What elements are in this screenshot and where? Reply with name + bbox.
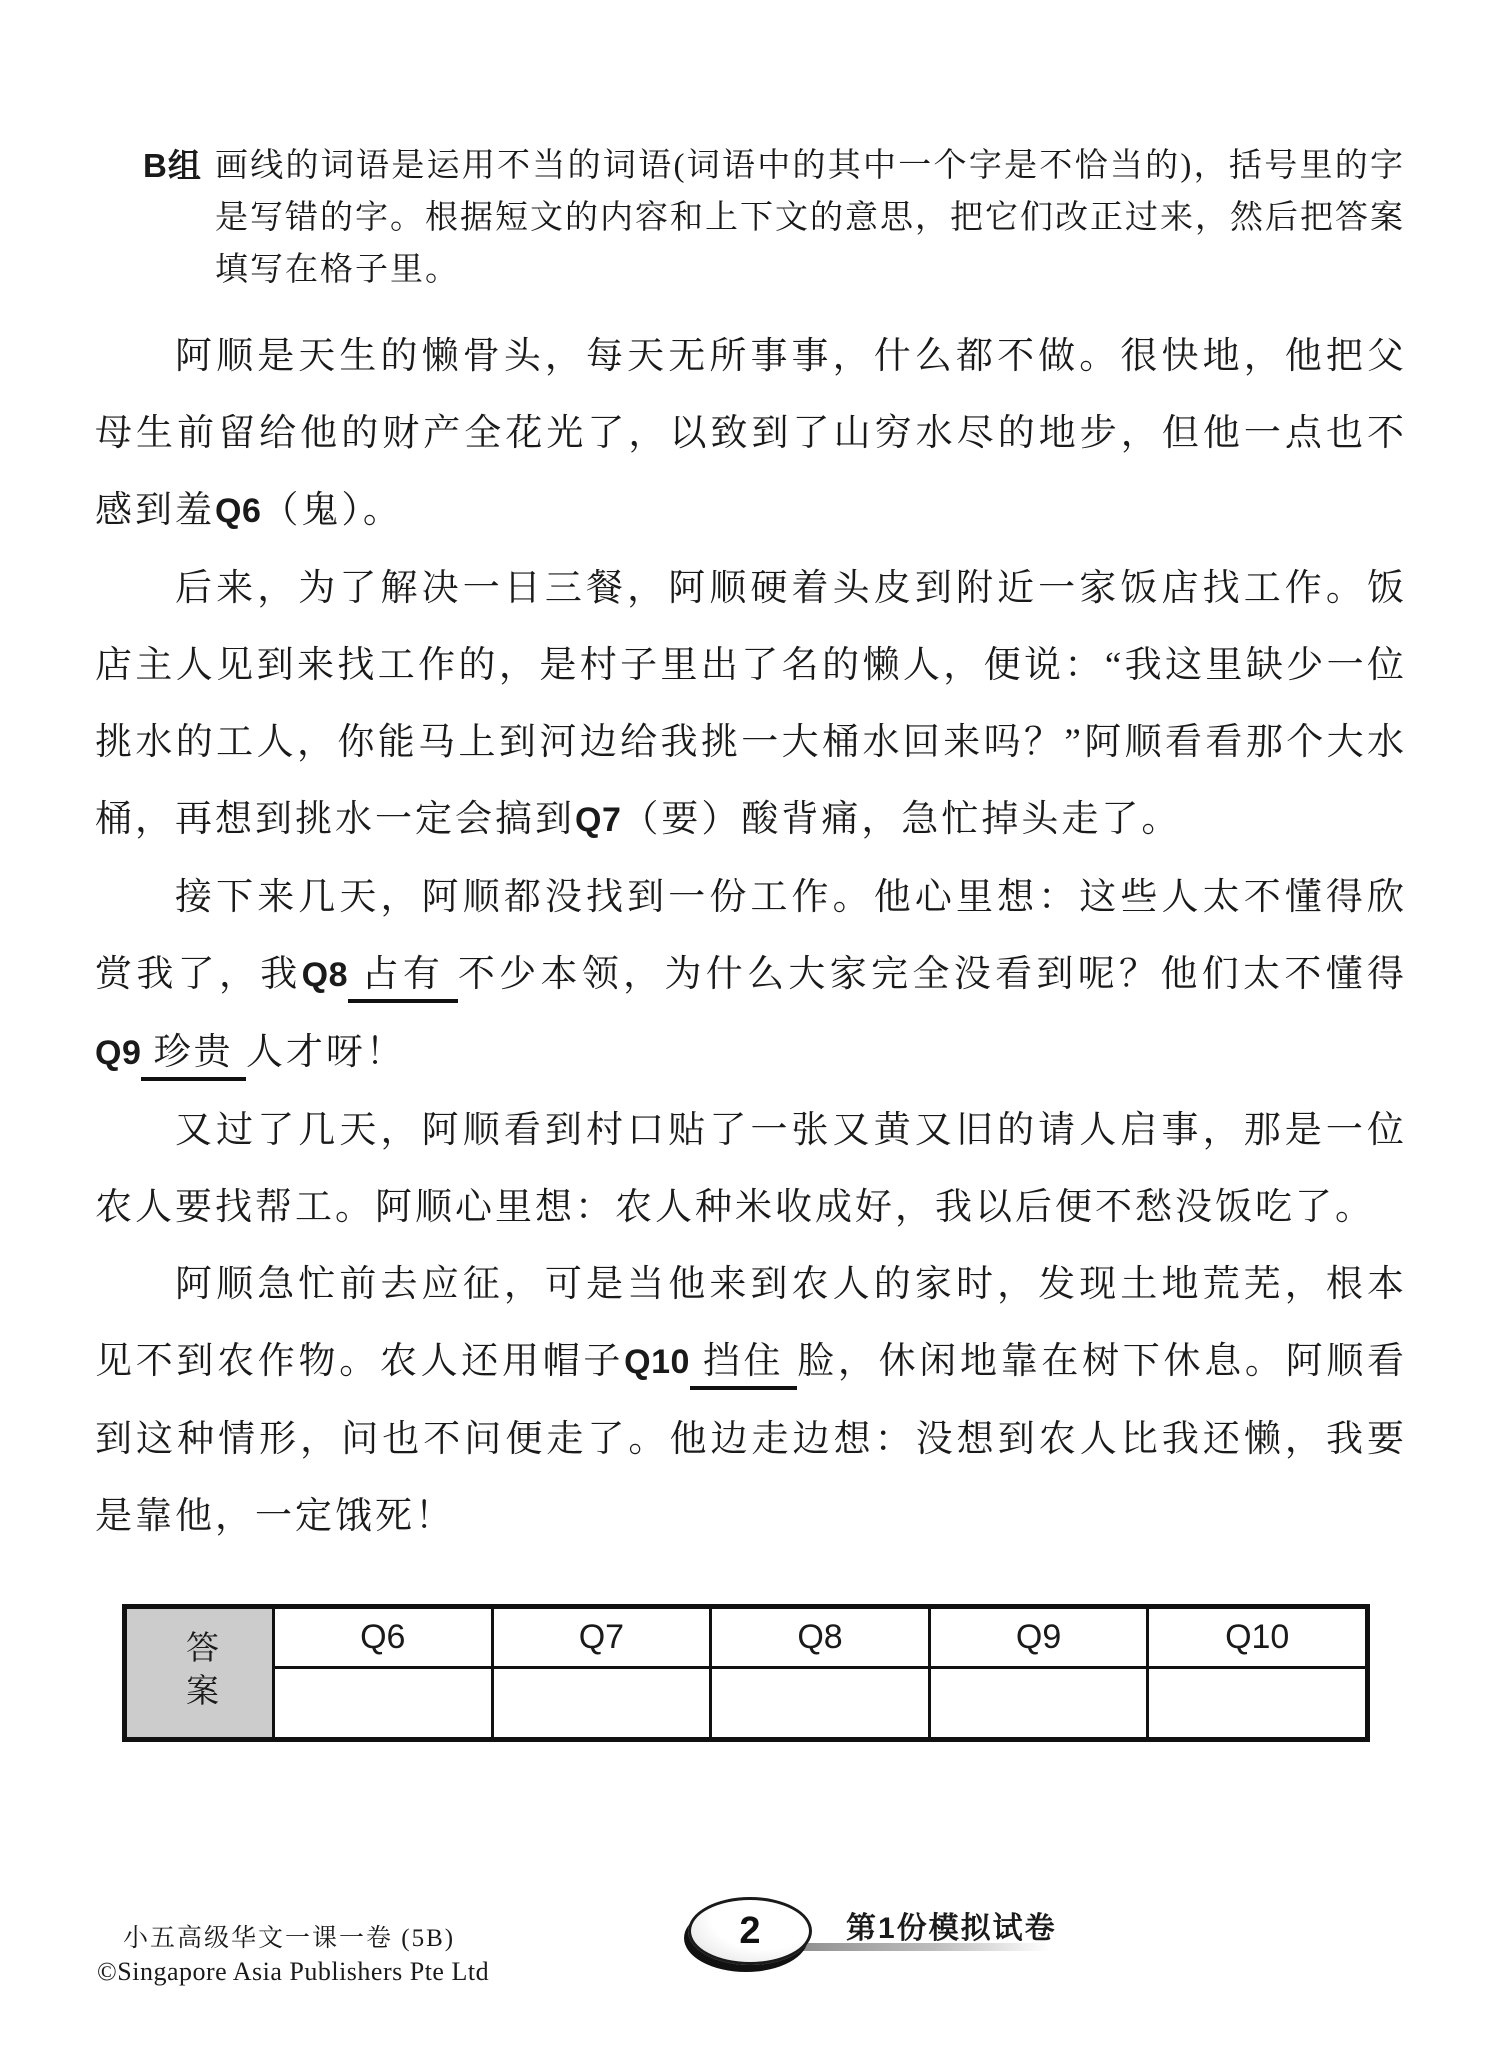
paragraph-5: 阿顺急忙前去应征，可是当他来到农人的家时，发现土地荒芜，根本见不到农作物。农人还… bbox=[95, 1246, 1407, 1555]
question-label-q7: Q7 bbox=[575, 801, 621, 839]
copyright-notice: ©Singapore Asia Publishers Pte Ltd bbox=[97, 1955, 489, 1988]
answer-cell-q7 bbox=[491, 1669, 710, 1737]
instruction-text: 画线的词语是运用不当的词语(词语中的其中一个字是不恰当的)，括号里的字是写错的字… bbox=[215, 140, 1405, 296]
page-number: 2 bbox=[739, 1910, 760, 1953]
answer-column-header-q6: Q6 bbox=[272, 1609, 491, 1669]
answer-cell-q9 bbox=[928, 1669, 1147, 1737]
section-header: B组 画线的词语是运用不当的词语(词语中的其中一个字是不恰当的)，括号里的字是写… bbox=[143, 140, 1409, 296]
answer-cell-q8 bbox=[709, 1669, 928, 1737]
answer-column-header-q9: Q9 bbox=[928, 1609, 1147, 1669]
underlined-word-q10: 挡住 bbox=[690, 1341, 797, 1390]
answer-cell-q10 bbox=[1146, 1669, 1365, 1737]
question-label-q6: Q6 bbox=[215, 492, 261, 530]
answer-column-header-q7: Q7 bbox=[491, 1609, 710, 1669]
answer-table: 答案 Q6 Q7 Q8 Q9 Q10 bbox=[122, 1604, 1370, 1742]
answer-table-row-label-text: 答案 bbox=[176, 1630, 223, 1716]
passage-text: （要）酸背痛，急忙掉头走了。 bbox=[621, 799, 1181, 840]
answer-cell-q6 bbox=[272, 1669, 491, 1737]
passage-text: （鬼）。 bbox=[261, 490, 403, 531]
paragraph-3: 接下来几天，阿顺都没找到一份工作。他心里想：这些人太不懂得欣赏我了，我Q8 占有… bbox=[95, 859, 1407, 1092]
question-label-q9: Q9 bbox=[95, 1034, 141, 1072]
underlined-word-q9: 珍贵 bbox=[141, 1032, 246, 1081]
passage-text: 人才呀！ bbox=[246, 1032, 406, 1073]
answer-column-header-q10: Q10 bbox=[1146, 1609, 1365, 1669]
underlined-word-q8: 占有 bbox=[348, 954, 458, 1003]
footer-left: 小五高级华文一课一卷 (5B) ©Singapore Asia Publishe… bbox=[97, 1922, 489, 1988]
question-label-q8: Q8 bbox=[302, 956, 348, 994]
worksheet-page: B组 画线的词语是运用不当的词语(词语中的其中一个字是不恰当的)，括号里的字是写… bbox=[0, 0, 1500, 2050]
book-title: 小五高级华文一课一卷 (5B) bbox=[97, 1922, 489, 1955]
answer-table-row-label: 答案 bbox=[127, 1609, 272, 1737]
answer-column-header-q8: Q8 bbox=[709, 1609, 928, 1669]
passage: 阿顺是天生的懒骨头，每天无所事事，什么都不做。很快地，他把父母生前留给他的财产全… bbox=[95, 318, 1407, 1555]
paragraph-1: 阿顺是天生的懒骨头，每天无所事事，什么都不做。很快地，他把父母生前留给他的财产全… bbox=[95, 318, 1407, 550]
passage-text: 不少本领，为什么大家完全没看到呢？他们太不懂得 bbox=[458, 954, 1407, 995]
footer-section-title: 第1份模拟试卷 bbox=[846, 1903, 1057, 1947]
paragraph-4: 又过了几天，阿顺看到村口贴了一张又黄又旧的请人启事，那是一位农人要找帮工。阿顺心… bbox=[95, 1092, 1407, 1246]
section-group-label: B组 bbox=[143, 140, 215, 192]
page-number-badge: 2 bbox=[688, 1897, 812, 1965]
question-label-q10: Q10 bbox=[624, 1343, 690, 1381]
paragraph-2: 后来，为了解决一日三餐，阿顺硬着头皮到附近一家饭店找工作。饭店主人见到来找工作的… bbox=[95, 550, 1407, 859]
passage-text: 又过了几天，阿顺看到村口贴了一张又黄又旧的请人启事，那是一位农人要找帮工。阿顺心… bbox=[95, 1110, 1407, 1228]
